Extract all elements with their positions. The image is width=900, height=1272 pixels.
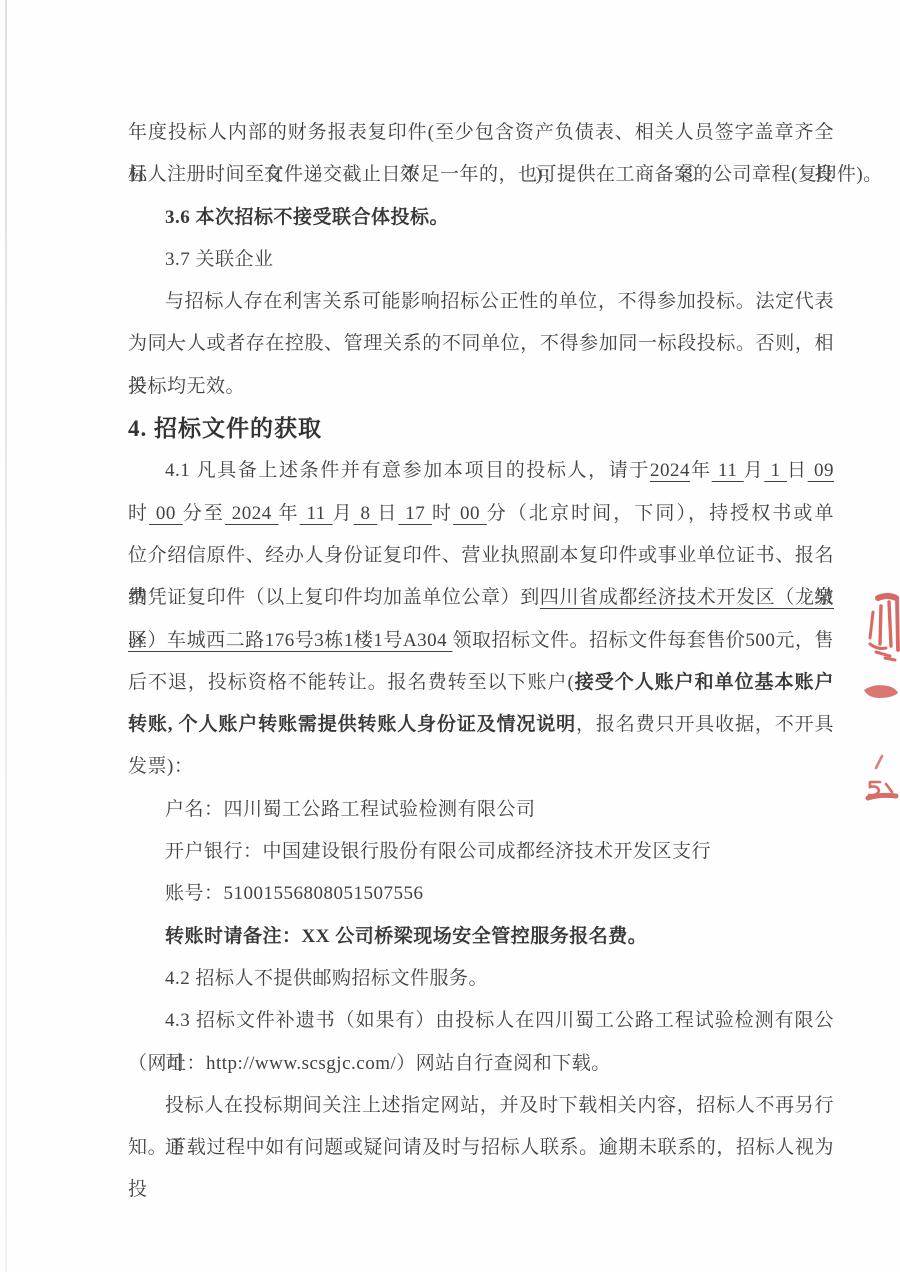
text-line: 开户银行：中国建设银行股份有限公司成都经济技术开发区支行: [128, 831, 834, 873]
text-run: 11: [300, 503, 333, 524]
text-run: （网址：http://www.scsgjc.com/）网站自行查阅和下载。: [128, 1053, 611, 1074]
text-run: 00: [453, 503, 487, 524]
text-run: 领取招标文件。招标文件每套售价500元，售: [452, 630, 834, 651]
text-run: 区）车城西二路176号3栋1楼1号A304: [128, 630, 452, 651]
text-line: 位介绍信原件、经办人身份证复印件、营业执照副本复印件或事业单位证书、报名费缴: [128, 535, 834, 577]
text-line: 3.6 本次招标不接受联合体投标。: [128, 197, 834, 239]
text-line: 年度投标人内部的财务报表复印件(至少包含资产负债表、相关人员签字盖章齐全且有效)…: [128, 112, 834, 154]
text-line: 户名：四川蜀工公路工程试验检测有限公司: [128, 789, 834, 831]
text-run: 知。下载过程中如有问题或疑问请及时与招标人联系。逾期未联系的，招标人视为投: [128, 1137, 834, 1200]
seal-fragment-blob: [864, 685, 898, 698]
text-line: 3.7 关联企业: [128, 239, 834, 281]
text-run: 17: [398, 503, 432, 524]
text-run: 月: [333, 503, 354, 524]
text-run: 年: [279, 503, 300, 524]
text-line: 4.2 招标人不提供邮购招标文件服务。: [128, 958, 834, 1000]
text-line: 纳凭证复印件（以上复印件均加盖单位公章）到四川省成都经济技术开发区（龙泉驿: [128, 577, 834, 619]
text-run: 开户银行：中国建设银行股份有限公司成都经济技术开发区支行: [165, 841, 711, 862]
text-run: 纳凭证复印件（以上复印件均加盖单位公章）到: [128, 587, 540, 608]
text-run: 分至: [183, 503, 225, 524]
text-line: 4.3 招标文件补遗书（如果有）由投标人在四川蜀工公路工程试验检测有限公司: [128, 1000, 834, 1042]
text-run: ，报名费只开具收据，不开具: [576, 714, 834, 735]
text-line: 为同一人或者存在控股、管理关系的不同单位，不得参加同一标段投标。否则，相关: [128, 323, 834, 365]
text-run: 月: [744, 460, 765, 481]
text-run: 转账时请备注：XX 公司桥梁现场安全管控服务报名费。: [165, 926, 647, 947]
text-run: 2024: [225, 503, 279, 524]
text-run: 4.2 招标人不提供邮购招标文件服务。: [165, 968, 488, 989]
text-run: 户名：四川蜀工公路工程试验检测有限公司: [165, 799, 536, 820]
text-run: 转账, 个人账户转账需提供转账人身份证及情况说明: [128, 714, 576, 735]
text-run: 日: [787, 460, 808, 481]
scanned-document-page: 年度投标人内部的财务报表复印件(至少包含资产负债表、相关人员签字盖章齐全且有效)…: [0, 0, 900, 1272]
text-line: 转账, 个人账户转账需提供转账人身份证及情况说明，报名费只开具收据，不开具: [128, 704, 834, 746]
text-line: 区）车城西二路176号3栋1楼1号A304 领取招标文件。招标文件每套售价500…: [128, 620, 834, 662]
text-run: 后不退，投标资格不能转让。报名费转至以下账户(: [128, 672, 574, 693]
text-line: 标人注册时间至文件递交截止日不足一年的，也可提供在工商备案的公司章程(复印件)。: [128, 154, 834, 196]
text-run: 3.6 本次招标不接受联合体投标。: [165, 207, 449, 228]
text-run: 发票)：: [128, 756, 193, 777]
text-run: 标人注册时间至文件递交截止日不足一年的，也可提供在工商备案的公司章程(复印件)。: [128, 164, 883, 185]
text-line: 投标均无效。: [128, 366, 834, 408]
text-run: 账号：51001556808051507556: [165, 883, 424, 904]
text-run: 年: [690, 460, 712, 481]
text-line: 时 00 分至 2024 年 11 月 8 日 17 时 00 分（北京时间，下…: [128, 493, 834, 535]
text-run: 09: [808, 460, 834, 481]
document-body: 年度投标人内部的财务报表复印件(至少包含资产负债表、相关人员签字盖章齐全且有效)…: [128, 112, 834, 1169]
text-line: 转账时请备注：XX 公司桥梁现场安全管控服务报名费。: [128, 916, 834, 958]
text-run: 00: [149, 503, 183, 524]
text-run: 分（北京时间，下同），持授权书或单: [487, 503, 834, 524]
text-run: 3.7 关联企业: [165, 249, 274, 270]
text-line: 4. 招标文件的获取: [128, 408, 834, 450]
text-run: 11: [712, 460, 744, 481]
text-run: 时: [128, 503, 149, 524]
text-run: 1: [764, 460, 787, 481]
scan-edge-shadow: [5, 0, 7, 1272]
red-seal-fragment: [852, 586, 900, 812]
text-line: 4.1 凡具备上述条件并有意参加本项目的投标人，请于2024年 11 月 1 日…: [128, 450, 834, 492]
text-run: 8: [354, 503, 378, 524]
text-run: 2024: [650, 460, 690, 481]
seal-fragment-slash: [876, 756, 882, 768]
seal-fragment-strokes: [870, 596, 898, 660]
text-run: 4. 招标文件的获取: [128, 416, 322, 441]
text-run: 时: [432, 503, 453, 524]
text-line: 发票)：: [128, 746, 834, 788]
text-run: 接受个人账户和单位基本账户: [574, 672, 834, 693]
seal-fragment-bottom-marks: [868, 782, 896, 798]
text-line: 投标人在投标期间关注上述指定网站，并及时下载相关内容，招标人不再另行通: [128, 1085, 834, 1127]
text-run: 4.1 凡具备上述条件并有意参加本项目的投标人，请于: [165, 460, 650, 481]
text-line: （网址：http://www.scsgjc.com/）网站自行查阅和下载。: [128, 1043, 834, 1085]
text-run: 投标均无效。: [128, 376, 245, 397]
text-line: 后不退，投标资格不能转让。报名费转至以下账户(接受个人账户和单位基本账户: [128, 662, 834, 704]
text-run: 日: [377, 503, 398, 524]
text-line: 账号：51001556808051507556: [128, 873, 834, 915]
text-line: 与招标人存在利害关系可能影响招标公正性的单位，不得参加投标。法定代表人: [128, 281, 834, 323]
text-line: 知。下载过程中如有问题或疑问请及时与招标人联系。逾期未联系的，招标人视为投: [128, 1127, 834, 1169]
